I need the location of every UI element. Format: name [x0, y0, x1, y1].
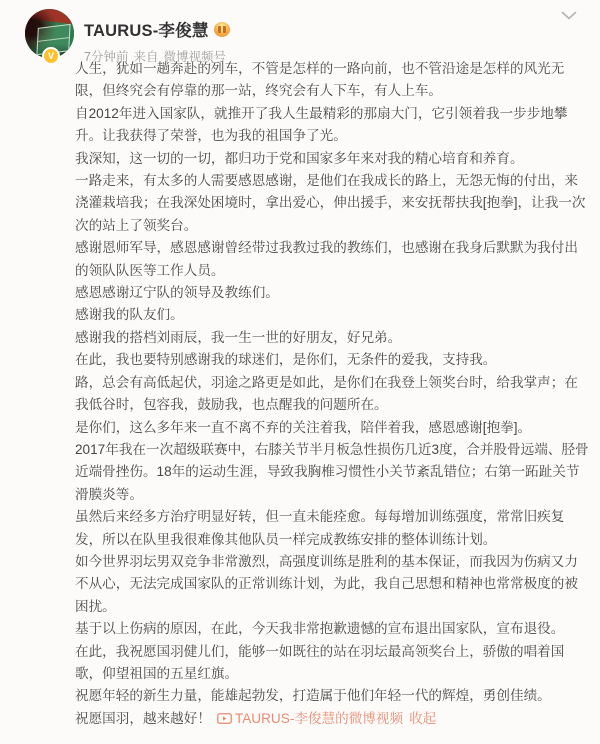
gold-medal-badge-icon: [214, 22, 230, 37]
post-last-line: 祝愿国羽，越来越好！TAURUS-李俊慧的微博视频收起: [75, 708, 591, 730]
post-paragraph: 在此，我祝愿国羽健儿们，能够一如既往的站在羽坛最高领奖台上，骄傲的唱着国歌，仰望…: [75, 641, 591, 686]
post-paragraph: 2017年我在一次超级联赛中，右膝关节半月板急性损伤几近3度，合并股骨远端、胫骨…: [75, 439, 591, 506]
post-paragraph: 祝愿年轻的新生力量，能雄起勃发，打造属于他们年轻一代的辉煌，勇创佳绩。: [75, 685, 591, 707]
closing-text: 祝愿国羽，越来越好！: [75, 711, 211, 726]
post-paragraph: 虽然后来经多方治疗明显好转，但一直未能痊愈。每每增加训练强度，常常旧疾复发，所以…: [75, 506, 591, 551]
post-paragraph: 基于以上伤病的原因，在此，今天我非常抱歉遗憾的宣布退出国家队，宣布退役。: [75, 618, 591, 640]
post-paragraph: 我深知，这一切的一切，都归功于党和国家多年来对我的精心培育和养育。: [75, 148, 591, 170]
post-paragraph: 感谢恩师军导，感恩感谢曾经带过我教过我的教练们，也感谢在我身后默默为我付出的领队…: [75, 237, 591, 282]
post-paragraph: 在此，我也要特别感谢我的球迷们，是你们，无条件的爱我，支持我。: [75, 349, 591, 371]
post-paragraph: 如今世界羽坛男双竞争非常激烈，高强度训练是胜利的基本保证，而我因为伤病又力不从心…: [75, 551, 591, 618]
chevron-down-icon[interactable]: [561, 8, 579, 22]
post-paragraphs: 人生，犹如一趟奔赴的列车，不管是怎样的一路向前，也不管沿途是怎样的风光无限，但终…: [75, 58, 591, 708]
post-paragraph: 一路走来，有太多的人需要感恩感谢，是他们在我成长的路上，无怨无悔的付出，来浇灌栽…: [75, 170, 591, 237]
post-paragraph: 感谢我的队友们。: [75, 304, 591, 326]
post-paragraph: 感谢我的搭档刘雨辰，我一生一世的好朋友，好兄弟。: [75, 327, 591, 349]
post-paragraph: 人生，犹如一趟奔赴的列车，不管是怎样的一路向前，也不管沿途是怎样的风光无限，但终…: [75, 58, 591, 103]
post-paragraph: 自2012年进入国家队，就推开了我人生最精彩的那扇大门，它引领着我一步步地攀升。…: [75, 103, 591, 148]
collapse-button[interactable]: 收起: [409, 711, 436, 726]
verified-badge-icon: V: [42, 47, 60, 65]
weibo-post-card: V TAURUS-李俊慧 7分钟前来自微博视频号 人生，犹如一趟奔赴的列车，不管…: [0, 0, 600, 744]
post-paragraph: 感恩感谢辽宁队的领导及教练们。: [75, 282, 591, 304]
post-paragraph: 路，总会有高低起伏，羽途之路更是如此，是你们在我登上领奖台时，给我掌声；在我低谷…: [75, 372, 591, 417]
post-paragraph: 是你们，这么多年来一直不离不弃的关注着我，陪伴着我，感恩感谢[抱拳]。: [75, 417, 591, 439]
post-body: 人生，犹如一趟奔赴的列车，不管是怎样的一路向前，也不管沿途是怎样的风光无限，但终…: [75, 58, 591, 730]
post-header: V TAURUS-李俊慧 7分钟前来自微博视频号: [0, 0, 600, 62]
video-icon: [217, 713, 232, 724]
username[interactable]: TAURUS-李俊慧: [84, 17, 209, 41]
video-link[interactable]: TAURUS-李俊慧的微博视频: [217, 711, 403, 726]
